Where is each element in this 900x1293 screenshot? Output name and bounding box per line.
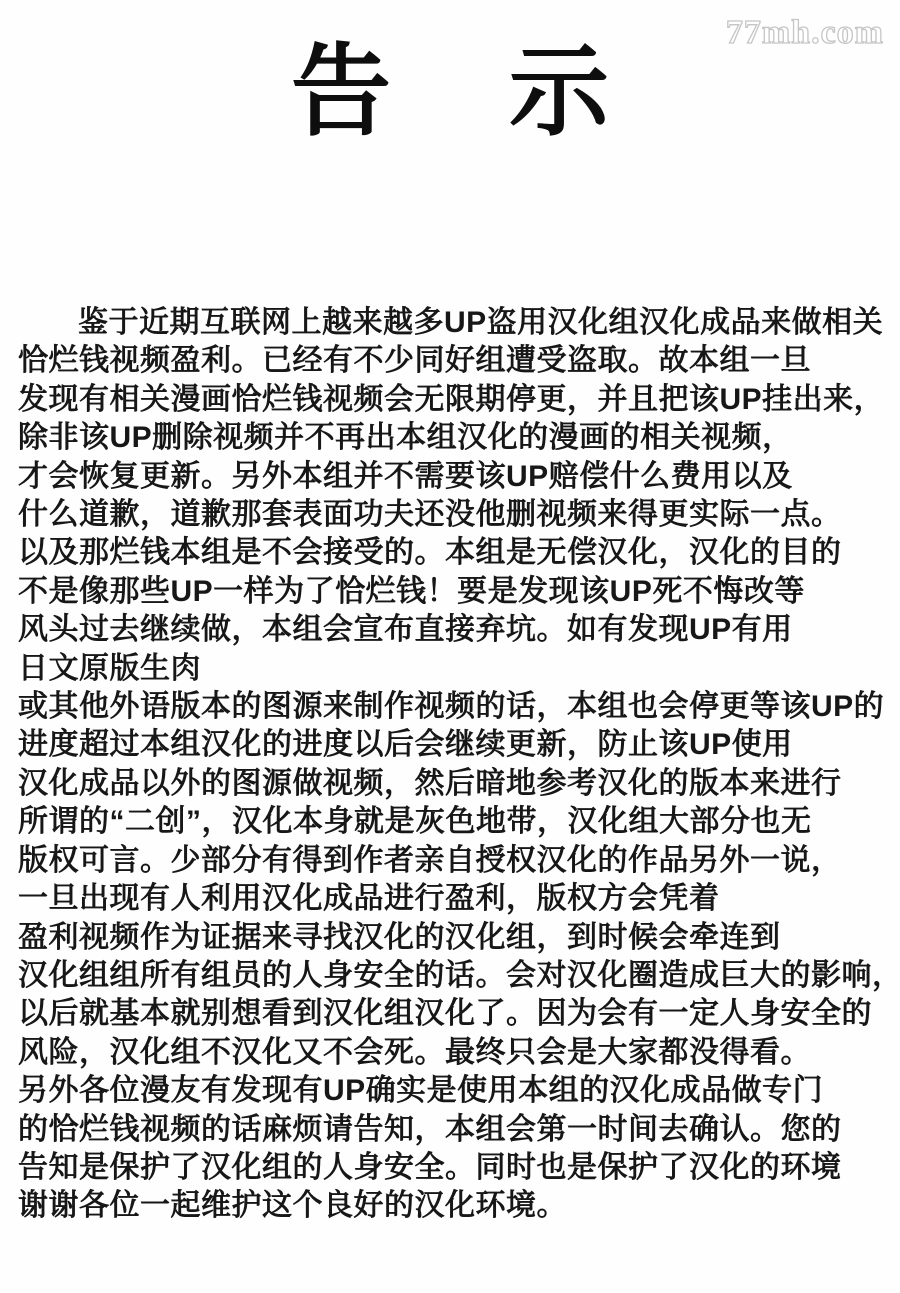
notice-line: 才会恢复更新。另外本组并不需要该UP赔偿什么费用以及 (18, 458, 892, 496)
notice-line: 除非该UP删除视频并不再出本组汉化的漫画的相关视频， (18, 419, 892, 457)
notice-line: 一旦出现有人利用汉化成品进行盈利，版权方会凭着 (18, 880, 892, 918)
notice-line: 汉化组组所有组员的人身安全的话。会对汉化圈造成巨大的影响， (18, 957, 892, 995)
notice-line: 谢谢各位一起维护这个良好的汉化环境。 (18, 1187, 892, 1225)
notice-line: 风险，汉化组不汉化又不会死。最终只会是大家都没得看。 (18, 1034, 892, 1072)
notice-line: 风头过去继续做，本组会宣布直接弃坑。如有发现UP有用 (18, 611, 892, 649)
notice-line: 的恰烂钱视频的话麻烦请告知，本组会第一时间去确认。您的 (18, 1111, 892, 1149)
page-title: 告 示 (0, 40, 900, 145)
notice-line: 进度超过本组汉化的进度以后会继续更新，防止该UP使用 (18, 726, 892, 764)
notice-line: 日文原版生肉 (18, 650, 892, 688)
notice-text: 鉴于近期互联网上越来越多UP盗用汉化组汉化成品来做相关 恰烂钱视频盈利。已经有不… (18, 304, 892, 1226)
title-char-gao: 告 (291, 40, 391, 145)
notice-line: 鉴于近期互联网上越来越多UP盗用汉化组汉化成品来做相关 (18, 304, 892, 342)
notice-line: 告知是保护了汉化组的人身安全。同时也是保护了汉化的环境 (18, 1149, 892, 1187)
notice-line: 什么道歉，道歉那套表面功夫还没他删视频来得更实际一点。 (18, 496, 892, 534)
notice-line: 汉化成品以外的图源做视频，然后暗地参考汉化的版本来进行 (18, 765, 892, 803)
notice-line: 不是像那些UP一样为了恰烂钱！要是发现该UP死不悔改等 (18, 573, 892, 611)
notice-line: 盈利视频作为证据来寻找汉化的汉化组，到时候会牵连到 (18, 919, 892, 957)
notice-line: 或其他外语版本的图源来制作视频的话，本组也会停更等该UP的 (18, 688, 892, 726)
notice-page: 77mh.com 告 示 鉴于近期互联网上越来越多UP盗用汉化组汉化成品来做相关… (0, 0, 900, 1293)
notice-line: 恰烂钱视频盈利。已经有不少同好组遭受盗取。故本组一旦 (18, 342, 892, 380)
title-char-shi: 示 (509, 40, 609, 145)
notice-line: 另外各位漫友有发现有UP确实是使用本组的汉化成品做专门 (18, 1072, 892, 1110)
notice-line: 版权可言。少部分有得到作者亲自授权汉化的作品另外一说， (18, 842, 892, 880)
notice-line: 发现有相关漫画恰烂钱视频会无限期停更，并且把该UP挂出来， (18, 381, 892, 419)
notice-line: 所谓的“二创”，汉化本身就是灰色地带，汉化组大部分也无 (18, 803, 892, 841)
notice-line: 以及那烂钱本组是不会接受的。本组是无偿汉化，汉化的目的 (18, 534, 892, 572)
notice-line: 以后就基本就别想看到汉化组汉化了。因为会有一定人身安全的 (18, 995, 892, 1033)
